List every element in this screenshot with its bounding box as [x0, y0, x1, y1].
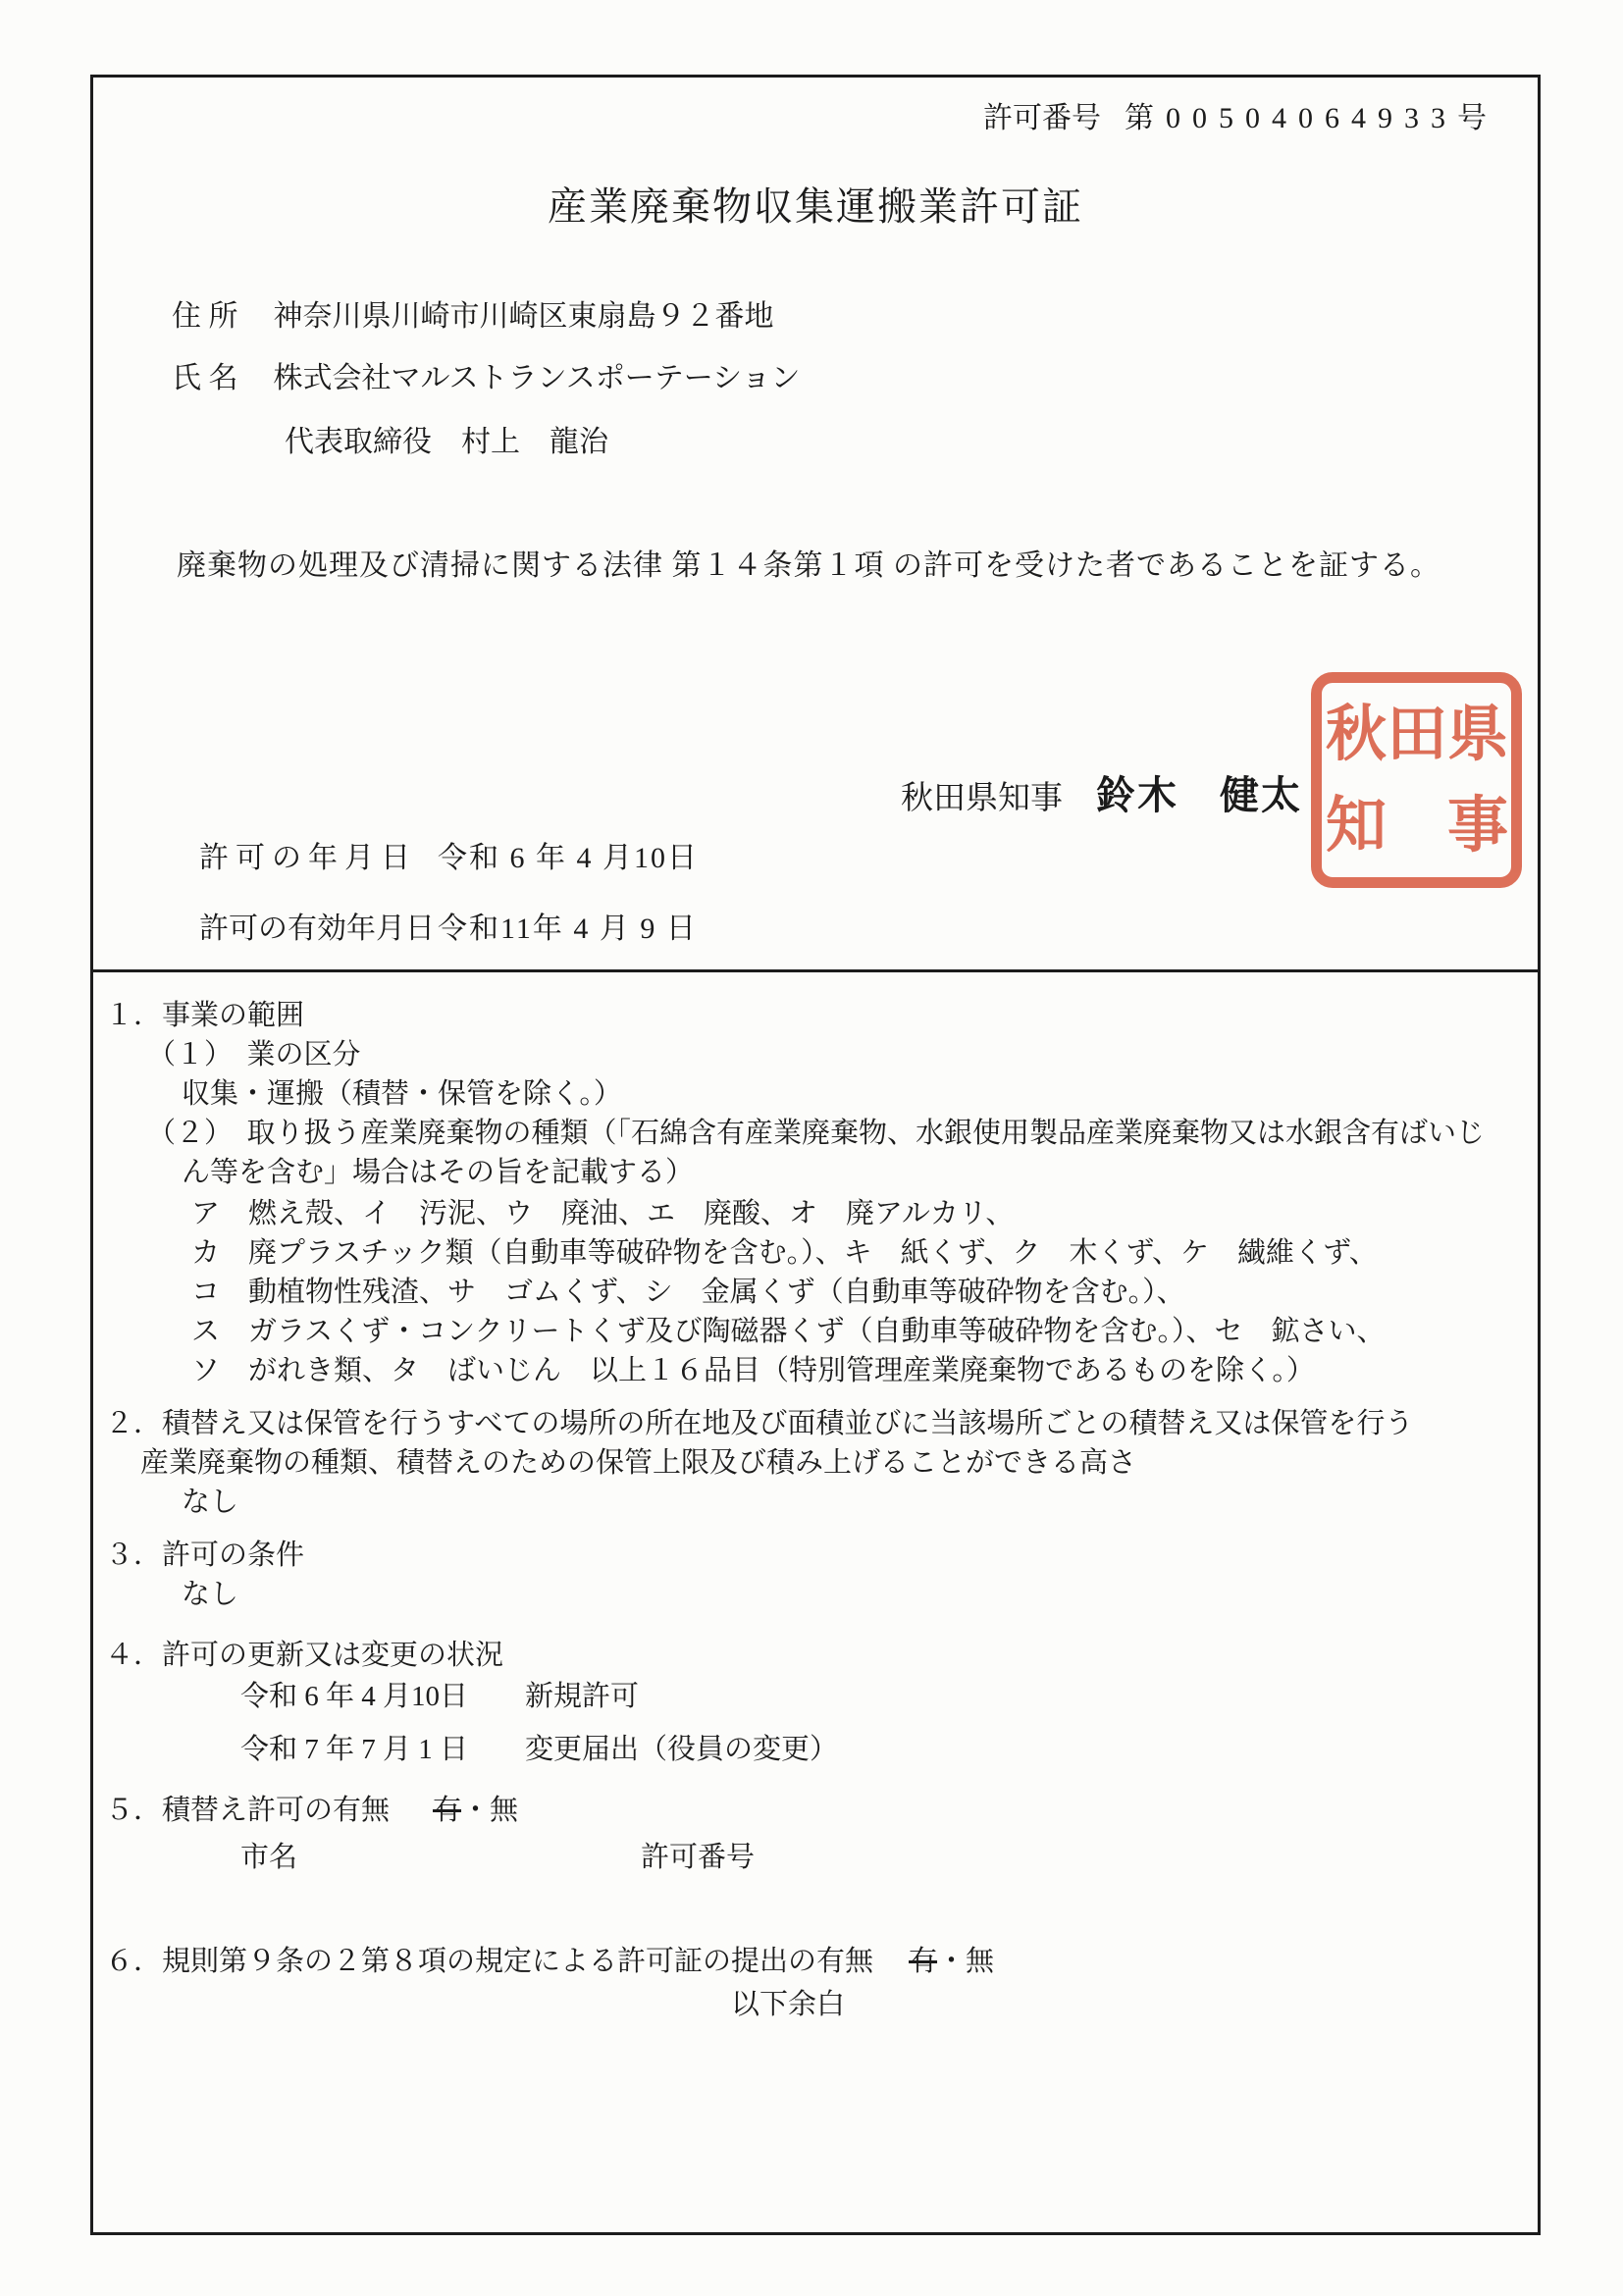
waste-type-line: カ 廃プラスチック類（自動車等破砕物を含む。）、キ 紙くず、ク 木くず、ケ 繊維… — [93, 1233, 1538, 1273]
section1-heading: １．事業の範囲 — [93, 996, 1538, 1035]
waste-type-line: ア 燃え殻、イ 汚泥、ウ 廃油、エ 廃酸、オ 廃アルカリ、 — [93, 1194, 1538, 1233]
permit-number-label: 許可番号 — [983, 102, 1101, 134]
section4-heading: ４．許可の更新又は変更の状況 — [93, 1636, 1538, 1675]
section2-line2: 産業廃棄物の種類、積替えのための保管上限及び積み上げることができる高さ — [93, 1443, 1538, 1483]
issue-date-value: 令和 6 年 4 月10日 — [438, 833, 699, 876]
section4-entry: 令和 6 年 4 月10日 新規許可 — [93, 1677, 1538, 1716]
section4-entry: 令和 7 年 7 月 1 日 変更届出（役員の変更） — [93, 1730, 1538, 1769]
section5-col-permit-no: 許可番号 — [641, 1842, 755, 1873]
seal-char: 秋 — [1326, 704, 1387, 765]
waste-type-line: コ 動植物性残渣、サ ゴムくず、シ 金属くず（自動車等破砕物を含む。）、 — [93, 1273, 1538, 1312]
address-value: 神奈川県川崎市川崎区東扇島９２番地 — [274, 300, 774, 333]
section5-columns: 市名許可番号 — [93, 1838, 1538, 1877]
representative-line: 代表取締役 村上 龍治 — [285, 417, 608, 460]
issue-date-row: 許可の年月日 令和 6 年 4 月10日 — [199, 833, 886, 876]
rest-blank-note: 以下余白 — [93, 1985, 1538, 2024]
seal-char: 事 — [1447, 796, 1508, 857]
waste-type-line: ス ガラスくず・コンクリートくず及び陶磁器くず（自動車等破砕物を含む。）、セ 鉱… — [93, 1312, 1538, 1351]
permit-number-line: 許可番号第00504064933号 — [983, 93, 1498, 136]
section5-heading-line: ５．積替え許可の有無有・無 — [93, 1791, 1538, 1830]
seal-char: 田 — [1387, 704, 1447, 765]
governor-seal-stamp: 秋 田 県 知 事 — [1311, 672, 1522, 888]
expiry-date-value: 令和11年 4 月 9 日 — [438, 904, 698, 947]
address-row: 住 所 神奈川県川崎市川崎区東扇島９２番地 — [172, 291, 774, 335]
section6-heading: ６．規則第９条の２第８項の規定による許可証の提出の有無 — [105, 1946, 873, 1977]
governor-title: 秋田県知事 — [901, 781, 1063, 816]
permit-number-value: 第00504064933号 — [1125, 102, 1498, 134]
document-title: 産業廃棄物収集運搬業許可証 — [93, 176, 1538, 232]
section1-sub1-label: （１） 業の区分 — [93, 1035, 1538, 1074]
section5-heading: ５．積替え許可の有無 — [105, 1795, 390, 1826]
section6-heading-line: ６．規則第９条の２第８項の規定による許可証の提出の有無有・無 — [93, 1942, 1538, 1981]
seal-char: 知 — [1326, 796, 1387, 857]
scanned-permit-page: { "doc": { "permit_no_label": "許可番号", "p… — [0, 0, 1623, 2296]
section3-heading: ３．許可の条件 — [93, 1536, 1538, 1575]
address-label: 住 所 — [172, 291, 266, 335]
section5-option-no: 無 — [490, 1795, 518, 1826]
option-separator: ・ — [937, 1946, 966, 1977]
issue-date-label: 許可の年月日 — [199, 842, 417, 874]
section5-option-yes: 有・無 — [433, 1795, 518, 1826]
section3-value: なし — [93, 1575, 1538, 1614]
expiry-date-row: 許可の有効年月日 令和11年 4 月 9 日 — [199, 904, 886, 947]
seal-char: 県 — [1447, 704, 1508, 765]
section5-col-city: 市名 — [240, 1842, 297, 1873]
section1-sub2-line1: （２） 取り扱う産業廃棄物の種類（「石綿含有産業廃棄物、水銀使用製品産業廃棄物又… — [93, 1114, 1538, 1153]
section6-option-no: 無 — [966, 1946, 994, 1977]
section6-option-yes: 有・無 — [909, 1946, 994, 1977]
section1-sub2-line2: ん等を含む」場合はその旨を記載する） — [93, 1153, 1538, 1192]
section1-sub1-value: 収集・運搬（積替・保管を除く。） — [93, 1074, 1538, 1114]
governor-name: 鈴木 健太 — [1096, 773, 1302, 817]
name-row: 氏 名 株式会社マルストランスポーテーション — [172, 353, 801, 396]
governor-line: 秋田県知事鈴木 健太 — [901, 764, 1302, 820]
section2-value: なし — [93, 1483, 1538, 1522]
certification-text: 廃棄物の処理及び清掃に関する法律 第１４条第１項 の許可を受けた者であることを証… — [177, 541, 1440, 584]
name-value: 株式会社マルストランスポーテーション — [274, 362, 801, 394]
waste-type-line: ソ がれき類、タ ばいじん 以上１６品目（特別管理産業廃棄物であるものを除く。） — [93, 1351, 1538, 1390]
document-border: 許可番号第00504064933号 産業廃棄物収集運搬業許可証 住 所 神奈川県… — [90, 75, 1541, 2235]
clauses-block: １．事業の範囲 （１） 業の区分 収集・運搬（積替・保管を除く。） （２） 取り… — [93, 972, 1538, 2024]
name-label: 氏 名 — [172, 353, 266, 396]
section2-line1: ２．積替え又は保管を行うすべての場所の所在地及び面積並びに当該場所ごとの積替え又… — [93, 1404, 1538, 1443]
option-separator: ・ — [461, 1795, 490, 1826]
expiry-date-label: 許可の有効年月日 — [199, 913, 435, 945]
